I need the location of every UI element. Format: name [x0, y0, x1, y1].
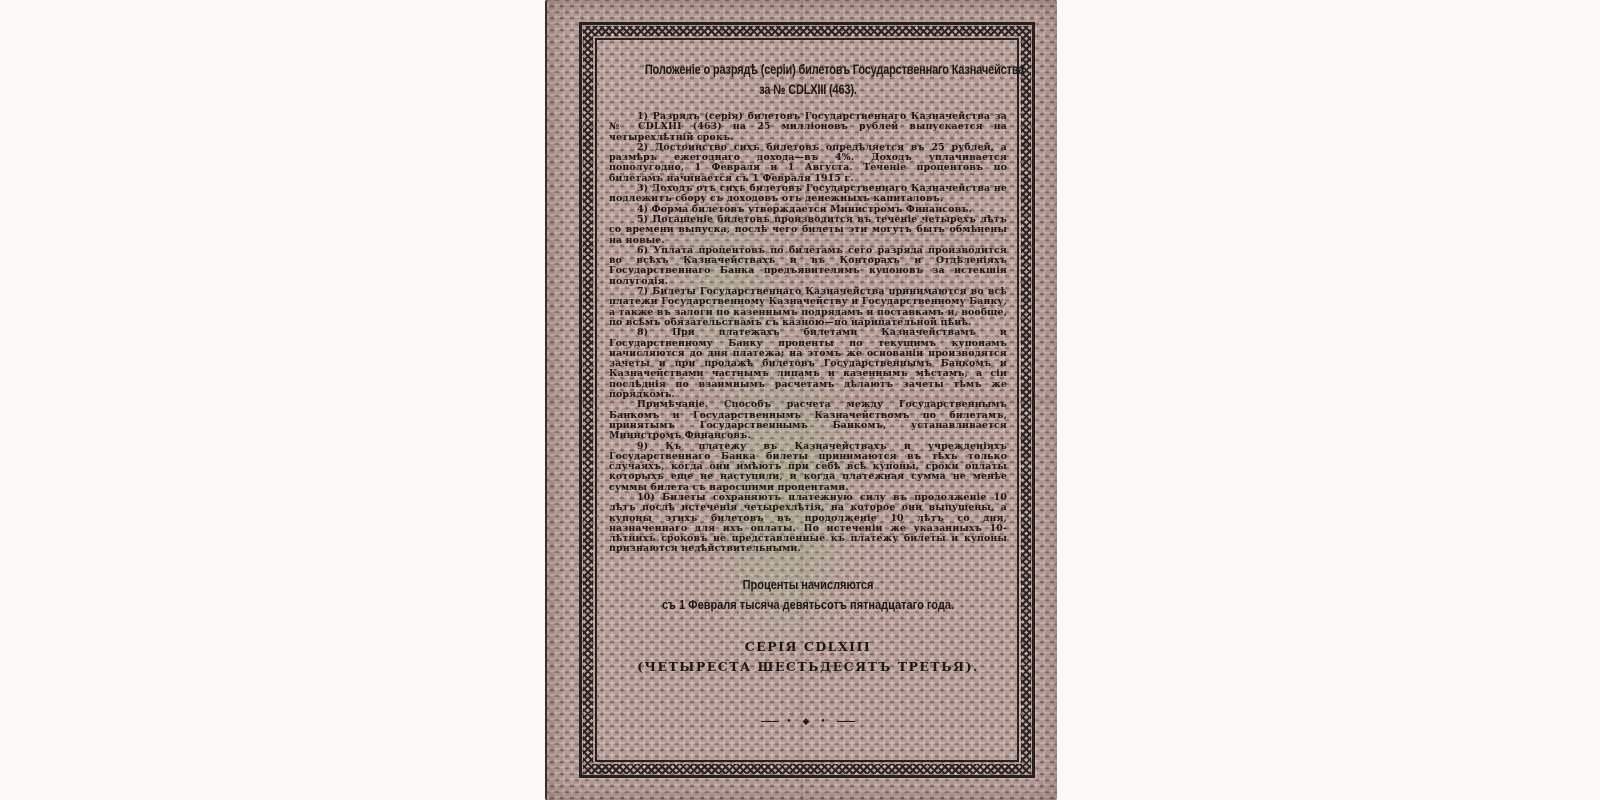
regulation-paragraphs: 1) Разрядъ (серія) билетовъ Государствен… — [609, 112, 1007, 555]
accrual-line-1: Проценты начисляются — [633, 575, 983, 595]
paragraph-6: 6) Уплата процентовъ по билетамъ сего ра… — [609, 246, 1007, 287]
paragraph-2: 2) Достоинство сихъ билетовъ опредѣляетс… — [609, 143, 1007, 184]
paragraph-3: 3) Доходъ отъ сихъ билетовъ Государствен… — [609, 184, 1007, 205]
paragraph-5: 5) Погашеніе билетовъ производится въ те… — [609, 215, 1007, 246]
paragraph-7: 7) Билеты Государственнаго Казначейства … — [609, 287, 1007, 328]
title-line-2: за № CDLXIII (463). — [645, 80, 971, 100]
ornament-line-left — [761, 721, 779, 722]
paragraph-8: 8) При платежахъ билетами Казначействамъ… — [609, 328, 1007, 400]
series-designation: СЕРІЯ CDLXIII (ЧЕТЫРЕСТА ШЕСТЬДЕСЯТЪ ТРЕ… — [609, 637, 1007, 677]
title-line-1: Положеніе о разрядѣ (серіи) билетовъ Гос… — [645, 60, 971, 80]
paragraph-9: 9) Къ платежу въ Казначействахъ и учрежд… — [609, 442, 1007, 493]
interest-accrual-statement: Проценты начисляются съ 1 Февраля тысяча… — [633, 575, 983, 615]
note-text-block: Положеніе о разрядѣ (серіи) билетовъ Гос… — [609, 60, 1007, 727]
series-line-1: СЕРІЯ CDLXIII — [609, 637, 1007, 657]
ornament-line-right — [837, 721, 855, 722]
regulation-title: Положеніе о разрядѣ (серіи) билетовъ Гос… — [645, 60, 971, 100]
paragraph-note: Примѣчаніе. Способъ расчета между Госуда… — [609, 400, 1007, 441]
treasury-note-reverse: Положеніе о разрядѣ (серіи) билетовъ Гос… — [545, 0, 1057, 800]
paragraph-10: 10) Билеты сохраняютъ платежную силу въ … — [609, 493, 1007, 555]
diamond-ornament-icon: • ◆ • — [786, 717, 829, 727]
paragraph-1: 1) Разрядъ (серія) билетовъ Государствен… — [609, 112, 1007, 143]
accrual-line-2: съ 1 Февраля тысяча девятьсотъ пятнадцат… — [633, 595, 983, 615]
series-line-2: (ЧЕТЫРЕСТА ШЕСТЬДЕСЯТЪ ТРЕТЬЯ). — [609, 657, 1007, 677]
ornament-divider: • ◆ • — [609, 717, 1007, 727]
